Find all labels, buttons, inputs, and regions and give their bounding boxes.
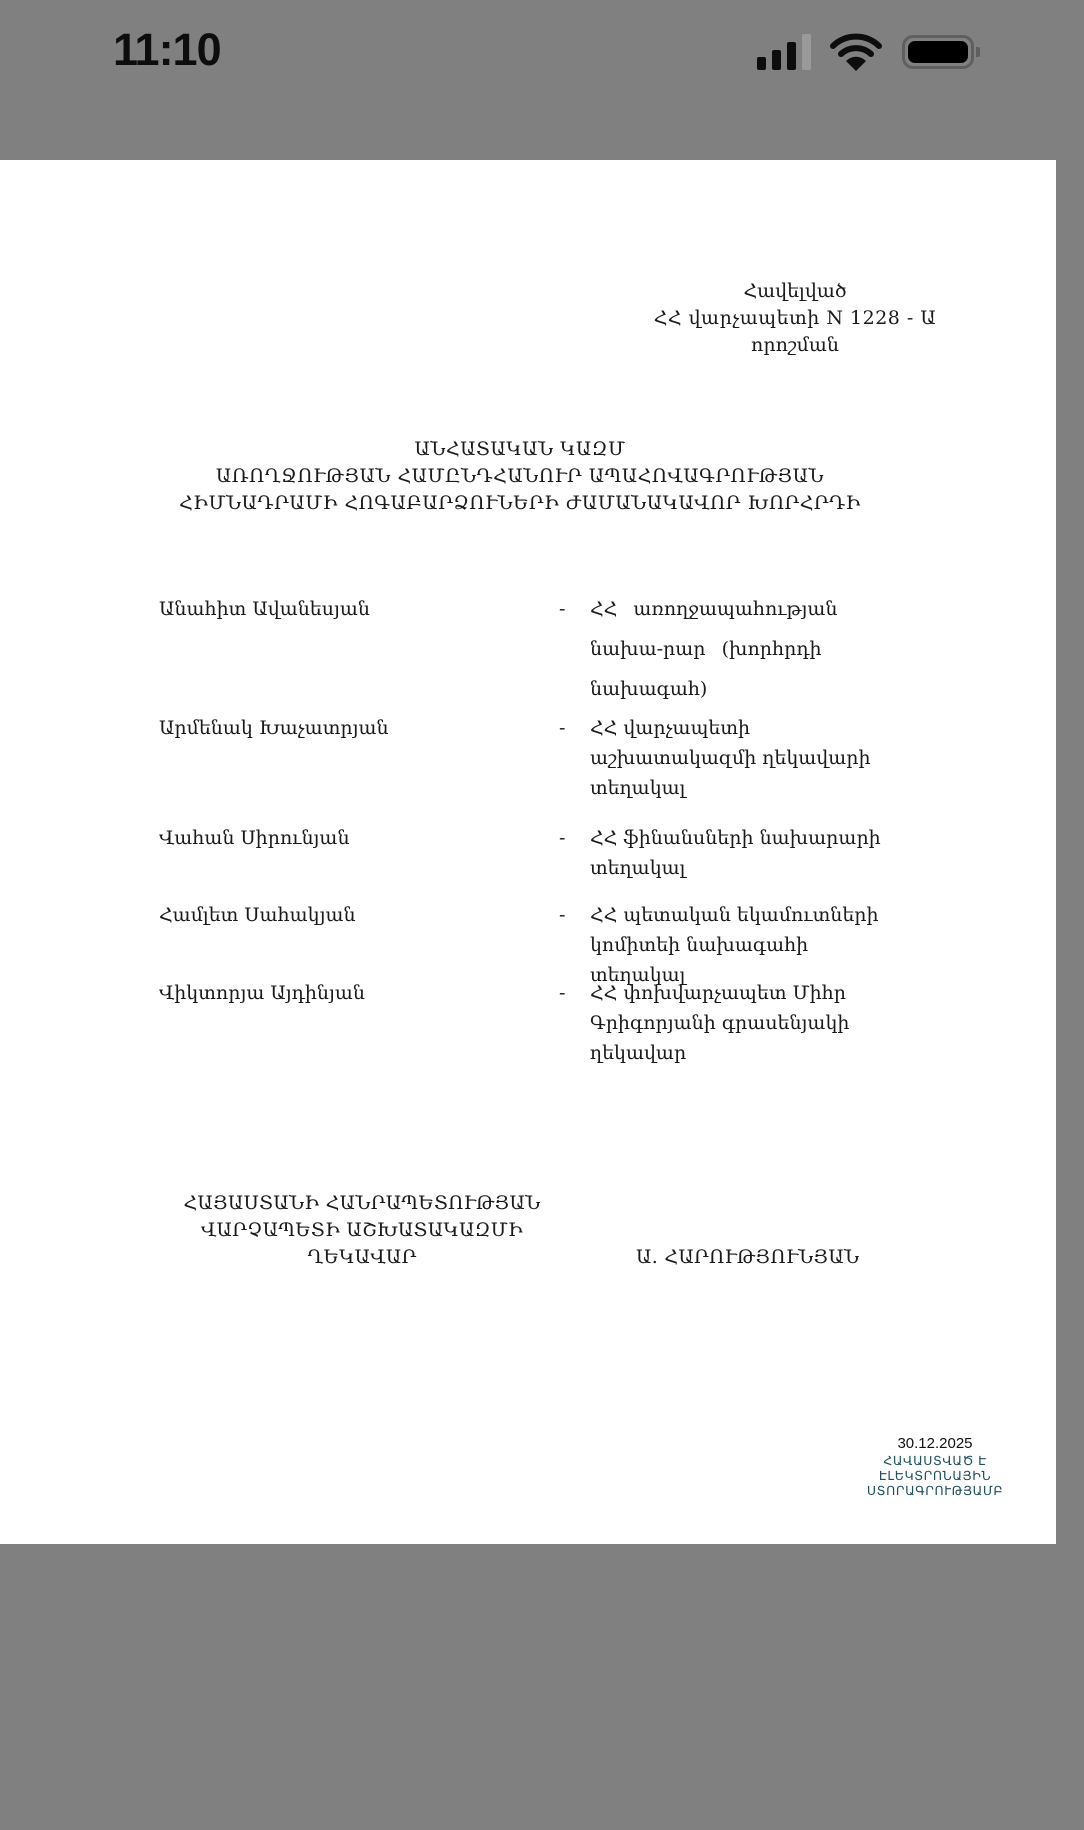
member-dash: - [559,713,565,743]
stamp-line: ՍՏՈՐԱԳՐՈՒԹՅԱՄԲ [855,1484,1015,1499]
cellular-signal-icon [757,34,817,70]
annex-line: Հավելված [620,278,970,305]
title-line: ԱՆՀԱՏԱԿԱՆ ԿԱԶՄ [0,436,1040,463]
member-name: Համլետ Սահակյան [159,900,356,930]
signatory-title-line: ՀԱՅԱՍՏԱՆԻ ՀԱՆՐԱՊԵՏՈՒԹՅԱՆ [180,1190,544,1217]
signatory-name: Ա. ՀԱՐՈՒԹՅՈՒՆՅԱՆ [636,1244,859,1271]
member-dash: - [559,978,565,1008]
document-page: Հավելված ՀՀ վարչապետի N 1228 - Ա որոշման… [0,160,1056,1544]
electronic-signature-stamp: 30.12.2025 ՀԱՎԱՍՏՎԱԾ Է ԷԼԵԿՏՐՈՆԱՅԻՆ ՍՏՈՐ… [855,1434,1015,1499]
stamp-line: ԷԼԵԿՏՐՈՆԱՅԻՆ [855,1469,1015,1484]
annex-line: ՀՀ վարչապետի N 1228 - Ա [620,305,970,332]
signatory-title-line: ՂԵԿԱՎԱՐ [180,1244,544,1271]
member-position: ՀՀ ֆինանսների նախարարի տեղակալ [590,823,890,883]
document-title: ԱՆՀԱՏԱԿԱՆ ԿԱԶՄ ԱՌՈՂՋՈՒԹՅԱՆ ՀԱՄԸՆԴՀԱՆՈՒՐ … [0,436,1040,517]
member-position: ՀՀ առողջապահության նախա-րար (խորհրդի նախ… [590,589,890,709]
member-dash: - [559,900,565,930]
title-line: ՀԻՄՆԱԴՐԱՄԻ ՀՈԳԱԲԱՐՁՈՒՆԵՐԻ ԺԱՄԱՆԱԿԱՎՈՐ ԽՈ… [0,490,1040,517]
wifi-icon [830,32,882,72]
status-bar: 11:10 [0,0,1084,110]
member-position: ՀՀ փոխվարչապետ Միհր Գրիգորյանի գրասենյակ… [590,978,890,1068]
member-name: Վիկտորյա Այդինյան [159,978,365,1008]
member-dash: - [559,823,565,853]
member-position: ՀՀ պետական եկամուտների կոմիտեի նախագահի … [590,900,890,990]
battery-icon [902,35,974,69]
member-position: ՀՀ վարչապետի աշխատակազմի ղեկավարի տեղակա… [590,713,890,803]
status-time: 11:10 [113,24,221,76]
member-name: Անահիտ Ավանեսյան [159,594,370,624]
annex-line: որոշման [620,332,970,359]
member-dash: - [559,594,565,624]
stamp-line: ՀԱՎԱՍՏՎԱԾ Է [855,1454,1015,1469]
member-name: Արմենակ Խաչատրյան [159,713,389,743]
signatory-title: ՀԱՅԱՍՏԱՆԻ ՀԱՆՐԱՊԵՏՈՒԹՅԱՆ ՎԱՐՉԱՊԵՏԻ ԱՇԽԱՏ… [180,1190,544,1271]
member-name: Վահան Սիրունյան [159,823,350,853]
title-line: ԱՌՈՂՋՈՒԹՅԱՆ ՀԱՄԸՆԴՀԱՆՈՒՐ ԱՊԱՀՈՎԱԳՐՈՒԹՅԱՆ [0,463,1040,490]
annex-header: Հավելված ՀՀ վարչապետի N 1228 - Ա որոշման [620,278,970,359]
stamp-date: 30.12.2025 [855,1434,1015,1454]
signatory-title-line: ՎԱՐՉԱՊԵՏԻ ԱՇԽԱՏԱԿԱԶՄԻ [180,1217,544,1244]
